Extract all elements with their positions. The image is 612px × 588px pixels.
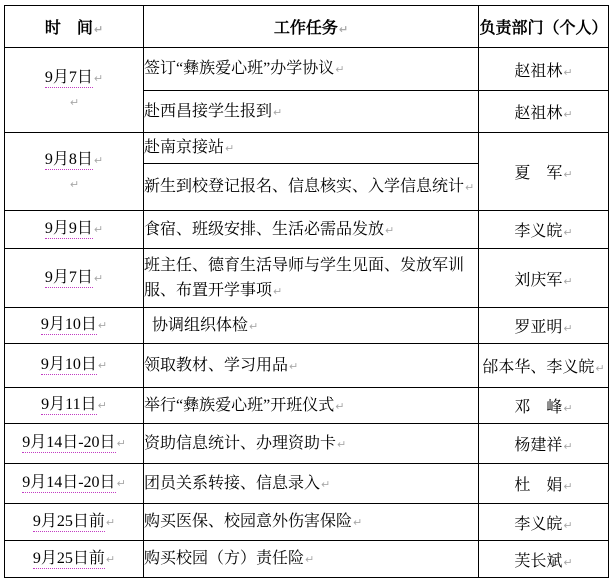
table-row: 9月10日↵领取教材、学习用品↵邰本华、李义皖↵ bbox=[5, 344, 609, 388]
date-paragraph: 9月9日↵ bbox=[5, 217, 143, 242]
task-cell: 购买校园（方）责任险↵ bbox=[144, 541, 479, 578]
task-text: 签订“彝族爱心班”办学协议 bbox=[144, 60, 334, 77]
pilcrow-mark: ↵ bbox=[225, 142, 234, 155]
pilcrow-mark: ↵ bbox=[305, 553, 314, 566]
task-cell: 签订“彝族爱心班”办学协议↵ bbox=[144, 48, 479, 91]
task-text: 新生到校登记报名、信息核实、入学信息统计 bbox=[144, 178, 464, 195]
date-text: 9月25日前 bbox=[33, 550, 105, 569]
pilcrow-mark: ↵ bbox=[94, 23, 103, 36]
header-row: 时 间↵ 工作任务↵ 负责部门（个人） bbox=[5, 6, 609, 48]
pilcrow-mark: ↵ bbox=[563, 66, 572, 79]
task-text: 班主任、德育生活导师与学生见面、发放军训服、布置开学事项 bbox=[144, 257, 464, 299]
pilcrow-mark: ↵ bbox=[289, 360, 298, 373]
table-row: 9月25日前↵购买医保、校园意外伤害保险↵李义皖↵ bbox=[5, 504, 609, 541]
owner-text: 邰本华、李义皖 bbox=[482, 359, 594, 376]
owner-cell: 邰本华、李义皖↵ bbox=[479, 344, 609, 388]
pilcrow-mark: ↵ bbox=[563, 168, 572, 181]
pilcrow-mark: ↵ bbox=[94, 72, 103, 85]
task-cell: 赴西昌接学生报到↵ bbox=[144, 91, 479, 133]
pilcrow-mark: ↵ bbox=[563, 556, 572, 569]
date-text: 9月7日 bbox=[45, 269, 93, 288]
table-row: 9月7日↵↵签订“彝族爱心班”办学协议↵赵祖林↵ bbox=[5, 48, 609, 91]
date-text: 9月25日前 bbox=[33, 513, 105, 532]
time-cell: 9月25日前↵ bbox=[5, 504, 144, 541]
owner-text: 赵祖林 bbox=[514, 105, 562, 122]
header-task-label: 工作任务 bbox=[274, 20, 338, 37]
date-paragraph: 9月11日↵ bbox=[5, 393, 143, 418]
pilcrow-mark: ↵ bbox=[563, 275, 572, 288]
pilcrow-mark: ↵ bbox=[98, 359, 107, 372]
time-cell: 9月7日↵ bbox=[5, 249, 144, 308]
pilcrow-mark: ↵ bbox=[117, 477, 126, 490]
date-text: 9月9日 bbox=[45, 220, 93, 239]
owner-text: 赵祖林 bbox=[514, 63, 562, 80]
header-owner: 负责部门（个人） bbox=[479, 6, 609, 48]
task-cell: 团员关系转接、信息录入↵ bbox=[144, 464, 479, 504]
task-text: 赴南京接站 bbox=[144, 139, 224, 156]
time-cell: 9月14日-20日↵ bbox=[5, 464, 144, 504]
owner-cell: 邓 峰↵ bbox=[479, 388, 609, 424]
owner-text: 李义皖 bbox=[514, 516, 562, 533]
pilcrow-mark: ↵ bbox=[98, 399, 107, 412]
task-cell: 新生到校登记报名、信息核实、入学信息统计↵ bbox=[144, 164, 479, 211]
pilcrow-mark: ↵ bbox=[339, 23, 348, 36]
work-schedule-table: 时 间↵ 工作任务↵ 负责部门（个人） 9月7日↵↵签订“彝族爱心班”办学协议↵… bbox=[4, 5, 609, 578]
pilcrow-mark: ↵ bbox=[337, 438, 346, 451]
owner-cell: 芙长斌↵ bbox=[479, 541, 609, 578]
pilcrow-mark: ↵ bbox=[117, 437, 126, 450]
owner-cell: 罗亚明↵ bbox=[479, 308, 609, 344]
task-text: 购买医保、校园意外伤害保险 bbox=[144, 513, 352, 530]
pilcrow-mark: ↵ bbox=[563, 108, 572, 121]
owner-text: 邓 峰 bbox=[514, 399, 562, 416]
date-paragraph: 9月14日-20日↵ bbox=[5, 431, 143, 456]
pilcrow-mark: ↵ bbox=[70, 96, 79, 109]
header-time-label: 时 间 bbox=[45, 20, 93, 37]
time-cell: 9月8日↵↵ bbox=[5, 133, 144, 211]
date-text: 9月7日 bbox=[45, 69, 93, 88]
pilcrow-mark: ↵ bbox=[249, 320, 258, 333]
owner-text: 罗亚明 bbox=[514, 319, 562, 336]
document-page: 时 间↵ 工作任务↵ 负责部门（个人） 9月7日↵↵签订“彝族爱心班”办学协议↵… bbox=[0, 5, 612, 588]
time-cell: 9月10日↵ bbox=[5, 344, 144, 388]
owner-cell: 李义皖↵ bbox=[479, 504, 609, 541]
task-text: 购买校园（方）责任险 bbox=[144, 550, 304, 567]
pilcrow-mark: ↵ bbox=[273, 106, 282, 119]
table-row: 9月10日↵ 协调组织体检↵罗亚明↵ bbox=[5, 308, 609, 344]
schedule-table-body: 9月7日↵↵签订“彝族爱心班”办学协议↵赵祖林↵赴西昌接学生报到↵赵祖林↵9月8… bbox=[5, 48, 609, 578]
time-cell: 9月10日↵ bbox=[5, 308, 144, 344]
date-paragraph: 9月14日-20日↵ bbox=[5, 471, 143, 496]
pilcrow-mark: ↵ bbox=[353, 516, 362, 529]
date-text: 9月14日-20日 bbox=[22, 474, 115, 493]
date-paragraph: 9月7日↵ bbox=[5, 266, 143, 291]
pilcrow-mark: ↵ bbox=[273, 285, 282, 298]
owner-cell: 杜 娟↵ bbox=[479, 464, 609, 504]
task-text: 举行“彝族爱心班”开班仪式 bbox=[144, 397, 334, 414]
task-text: 食宿、班级安排、生活必需品发放 bbox=[144, 221, 384, 238]
owner-cell: 夏 军↵ bbox=[479, 133, 609, 211]
owner-text: 李义皖 bbox=[514, 223, 562, 240]
task-text: 协调组织体检 bbox=[144, 317, 248, 334]
owner-cell: 杨建祥↵ bbox=[479, 424, 609, 464]
owner-text: 杜 娟 bbox=[514, 477, 562, 494]
date-paragraph: 9月7日↵ bbox=[5, 66, 143, 91]
task-cell: 食宿、班级安排、生活必需品发放↵ bbox=[144, 211, 479, 249]
date-text: 9月14日-20日 bbox=[22, 434, 115, 453]
owner-cell: 赵祖林↵ bbox=[479, 91, 609, 133]
task-cell: 资助信息统计、办理资助卡↵ bbox=[144, 424, 479, 464]
date-text: 9月11日 bbox=[41, 396, 96, 415]
table-row: 9月8日↵↵赴南京接站↵夏 军↵ bbox=[5, 133, 609, 164]
pilcrow-mark: ↵ bbox=[335, 63, 344, 76]
owner-cell: 赵祖林↵ bbox=[479, 48, 609, 91]
task-cell: 协调组织体检↵ bbox=[144, 308, 479, 344]
pilcrow-mark: ↵ bbox=[563, 226, 572, 239]
time-cell: 9月9日↵ bbox=[5, 211, 144, 249]
task-text: 资助信息统计、办理资助卡 bbox=[144, 435, 336, 452]
pilcrow-mark: ↵ bbox=[335, 400, 344, 413]
pilcrow-mark: ↵ bbox=[94, 154, 103, 167]
header-owner-label: 负责部门（个人） bbox=[479, 20, 607, 37]
task-cell: 赴南京接站↵ bbox=[144, 133, 479, 164]
header-task: 工作任务↵ bbox=[144, 6, 479, 48]
owner-cell: 刘庆军↵ bbox=[479, 249, 609, 308]
owner-cell: 李义皖↵ bbox=[479, 211, 609, 249]
owner-text: 芙长斌 bbox=[514, 553, 562, 570]
pilcrow-mark: ↵ bbox=[595, 362, 604, 375]
task-text: 团员关系转接、信息录入 bbox=[144, 475, 320, 492]
pilcrow-mark: ↵ bbox=[98, 319, 107, 332]
time-cell: 9月11日↵ bbox=[5, 388, 144, 424]
empty-paragraph: ↵ bbox=[5, 173, 143, 196]
owner-text: 杨建祥 bbox=[514, 437, 562, 454]
date-text: 9月10日 bbox=[41, 356, 97, 375]
pilcrow-mark: ↵ bbox=[94, 272, 103, 285]
pilcrow-mark: ↵ bbox=[563, 519, 572, 532]
date-text: 9月10日 bbox=[41, 316, 97, 335]
date-paragraph: 9月10日↵ bbox=[5, 313, 143, 338]
pilcrow-mark: ↵ bbox=[94, 223, 103, 236]
date-paragraph: 9月25日前↵ bbox=[5, 510, 143, 535]
header-time: 时 间↵ bbox=[5, 6, 144, 48]
pilcrow-mark: ↵ bbox=[385, 224, 394, 237]
table-row: 9月25日前↵购买校园（方）责任险↵芙长斌↵ bbox=[5, 541, 609, 578]
table-row: 9月7日↵班主任、德育生活导师与学生见面、发放军训服、布置开学事项↵刘庆军↵ bbox=[5, 249, 609, 308]
pilcrow-mark: ↵ bbox=[106, 553, 115, 566]
empty-paragraph: ↵ bbox=[5, 91, 143, 114]
date-paragraph: 9月25日前↵ bbox=[5, 547, 143, 572]
pilcrow-mark: ↵ bbox=[70, 178, 79, 191]
table-row: 9月9日↵食宿、班级安排、生活必需品发放↵李义皖↵ bbox=[5, 211, 609, 249]
table-row: 9月11日↵举行“彝族爱心班”开班仪式↵邓 峰↵ bbox=[5, 388, 609, 424]
time-cell: 9月7日↵↵ bbox=[5, 48, 144, 133]
pilcrow-mark: ↵ bbox=[563, 440, 572, 453]
table-row: 9月14日-20日↵团员关系转接、信息录入↵杜 娟↵ bbox=[5, 464, 609, 504]
task-cell: 购买医保、校园意外伤害保险↵ bbox=[144, 504, 479, 541]
pilcrow-mark: ↵ bbox=[563, 480, 572, 493]
date-paragraph: 9月10日↵ bbox=[5, 353, 143, 378]
pilcrow-mark: ↵ bbox=[106, 516, 115, 529]
pilcrow-mark: ↵ bbox=[321, 478, 330, 491]
time-cell: 9月25日前↵ bbox=[5, 541, 144, 578]
owner-text: 刘庆军 bbox=[514, 272, 562, 289]
time-cell: 9月14日-20日↵ bbox=[5, 424, 144, 464]
task-cell: 举行“彝族爱心班”开班仪式↵ bbox=[144, 388, 479, 424]
date-paragraph: 9月8日↵ bbox=[5, 148, 143, 173]
pilcrow-mark: ↵ bbox=[465, 181, 474, 194]
pilcrow-mark: ↵ bbox=[563, 402, 572, 415]
date-text: 9月8日 bbox=[45, 151, 93, 170]
owner-text: 夏 军 bbox=[514, 165, 562, 182]
task-cell: 领取教材、学习用品↵ bbox=[144, 344, 479, 388]
pilcrow-mark: ↵ bbox=[563, 322, 572, 335]
task-cell: 班主任、德育生活导师与学生见面、发放军训服、布置开学事项↵ bbox=[144, 249, 479, 308]
task-text: 赴西昌接学生报到 bbox=[144, 103, 272, 120]
table-row: 9月14日-20日↵资助信息统计、办理资助卡↵杨建祥↵ bbox=[5, 424, 609, 464]
task-text: 领取教材、学习用品 bbox=[144, 357, 288, 374]
